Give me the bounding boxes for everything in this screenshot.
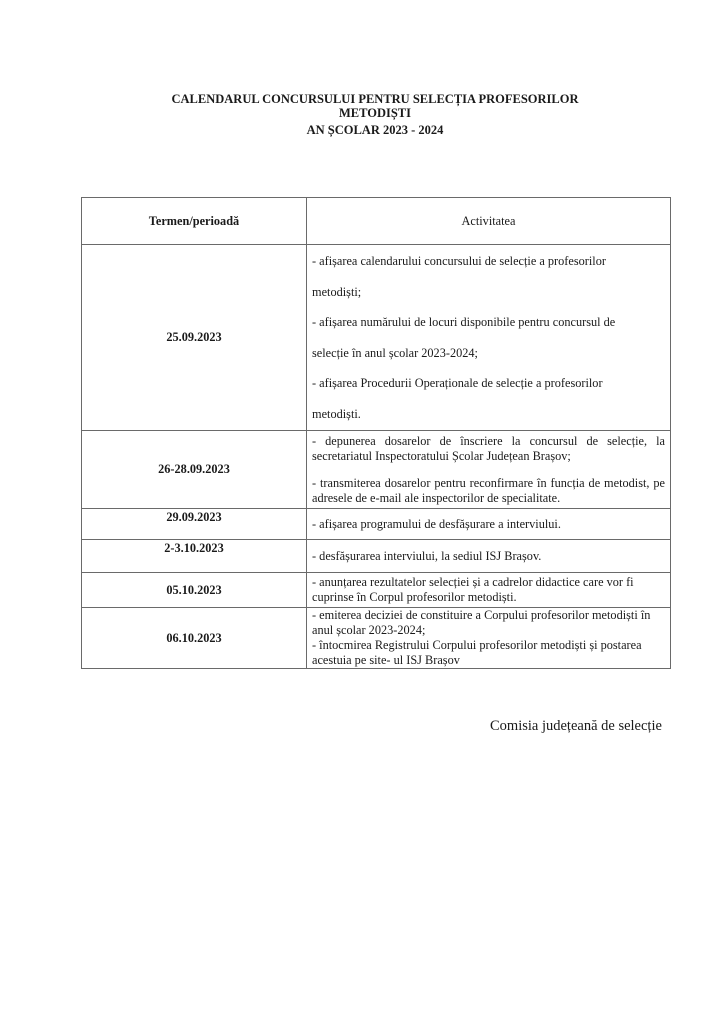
- row-activity: - emiterea deciziei de constituire a Cor…: [307, 608, 671, 669]
- row-activity: - afișarea calendarului concursului de s…: [307, 245, 671, 431]
- row-activity: - afișarea programului de desfășurare a …: [307, 509, 671, 540]
- row-date: 2-3.10.2023: [82, 540, 307, 573]
- activity-line: - afișarea Procedurii Operaționale de se…: [312, 368, 665, 399]
- table-row: 2-3.10.2023 - desfășurarea interviului, …: [82, 540, 671, 573]
- table-row: 25.09.2023 - afișarea calendarului concu…: [82, 245, 671, 431]
- table-row: 26-28.09.2023 - depunerea dosarelor de î…: [82, 431, 671, 509]
- document-title: CALENDARUL CONCURSULUI PENTRU SELECȚIA P…: [150, 92, 600, 107]
- calendar-table: Termen/perioadă Activitatea 25.09.2023 -…: [81, 197, 671, 669]
- activity-line: selecție în anul școlar 2023-2024;: [312, 338, 665, 369]
- column-header-activity: Activitatea: [307, 198, 671, 245]
- paragraph-spacer: [312, 464, 665, 476]
- document-title-continued: METODIȘTI: [150, 106, 600, 121]
- row-activity: - anunțarea rezultatelor selecției și a …: [307, 573, 671, 608]
- activity-line: - întocmirea Registrului Corpului profes…: [312, 638, 665, 668]
- activity-line: - afișarea numărului de locuri disponibi…: [312, 307, 665, 338]
- row-activity: - depunerea dosarelor de înscriere la co…: [307, 431, 671, 509]
- row-date: 06.10.2023: [82, 608, 307, 669]
- row-activity: - desfășurarea interviului, la sediul IS…: [307, 540, 671, 573]
- row-date: 29.09.2023: [82, 509, 307, 540]
- column-header-period: Termen/perioadă: [82, 198, 307, 245]
- signature-committee: Comisia județeană de selecție: [490, 718, 662, 735]
- table-row: 29.09.2023 - afișarea programului de des…: [82, 509, 671, 540]
- school-year-subtitle: AN ȘCOLAR 2023 - 2024: [150, 123, 600, 138]
- activity-line: metodiști.: [312, 399, 665, 430]
- row-date: 25.09.2023: [82, 245, 307, 431]
- row-date: 05.10.2023: [82, 573, 307, 608]
- activity-line: metodiști;: [312, 277, 665, 308]
- table-header-row: Termen/perioadă Activitatea: [82, 198, 671, 245]
- activity-line: - anunțarea rezultatelor selecției și a …: [312, 575, 665, 605]
- table-row: 06.10.2023 - emiterea deciziei de consti…: [82, 608, 671, 669]
- activity-line: - transmiterea dosarelor pentru reconfir…: [312, 476, 665, 506]
- table-row: 05.10.2023 - anunțarea rezultatelor sele…: [82, 573, 671, 608]
- activity-line: - emiterea deciziei de constituire a Cor…: [312, 608, 665, 638]
- row-date: 26-28.09.2023: [82, 431, 307, 509]
- activity-line: - depunerea dosarelor de înscriere la co…: [312, 434, 665, 464]
- activity-line: - afișarea calendarului concursului de s…: [312, 246, 665, 277]
